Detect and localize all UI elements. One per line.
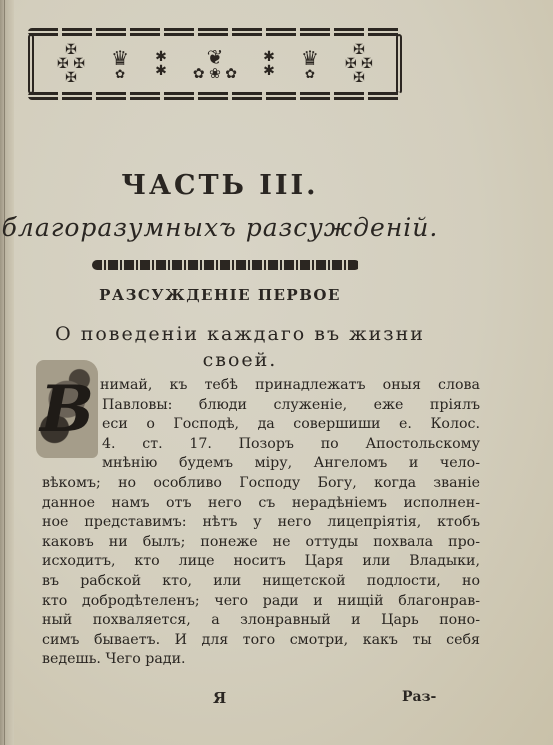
central-monogram-icon: ❦✿ ❀ ✿ xyxy=(193,47,237,81)
headpiece-right-side xyxy=(396,34,402,94)
text-line: вѣкомъ; но особливо Господу Богу, когда … xyxy=(42,474,480,494)
chapter-heading-line-1: О поведеніи каждаго въ жизни xyxy=(55,323,425,345)
asterisk-pair-icon: ✱✱ xyxy=(155,50,167,78)
text-line: еси о Господѣ, да совершиши е. Колос. xyxy=(42,415,480,435)
section-title: РАЗСУЖДЕНІЕ ПЕРВОЕ xyxy=(0,286,440,304)
asterisk-pair-icon: ✱✱ xyxy=(263,50,275,78)
page-edge xyxy=(0,0,14,745)
text-line: кто добродѣтеленъ; чего ради и нищій бла… xyxy=(42,592,480,612)
text-line: нимай, къ тебѣ принадлежатъ оныя слова xyxy=(42,376,480,396)
signature-mark: Я xyxy=(213,689,226,707)
chapter-heading-line-2: своей. xyxy=(203,349,278,371)
text-line: ведешь. Чего ради. xyxy=(42,650,480,670)
part-subtitle: благоразумныхъ разсужденій. xyxy=(0,213,440,242)
text-line: Павловы: блюди служеніе, еже пріялъ xyxy=(42,396,480,416)
ornamental-divider xyxy=(92,260,360,270)
ornamental-headpiece: ✠✠ ✠✠ ♛✿ ✱✱ ❦✿ ❀ ✿ ✱✱ ♛✿ ✠✠ ✠✠ xyxy=(28,28,402,100)
chapter-heading: О поведеніи каждаго въ жизни своей. xyxy=(50,321,430,373)
text-line: 4. ст. 17. Позоръ по Апостольскому xyxy=(42,435,480,455)
catchword: Раз- xyxy=(402,689,436,705)
book-page: ✠✠ ✠✠ ♛✿ ✱✱ ❦✿ ❀ ✿ ✱✱ ♛✿ ✠✠ ✠✠ ЧАСТЬ III… xyxy=(0,0,553,745)
text-line: данное намъ отъ него съ нерадѣніемъ испо… xyxy=(42,494,480,514)
text-line: исходитъ, кто лице носитъ Царя или Влады… xyxy=(42,552,480,572)
headpiece-top-band xyxy=(28,28,402,36)
crown-ornament-icon: ♛✿ xyxy=(111,48,129,80)
text-line: мнѣнію будемъ міру, Ангеломъ и чело- xyxy=(42,454,480,474)
headpiece-left-side xyxy=(28,34,34,94)
text-line: каковъ ни былъ; понеже не оттуды похвала… xyxy=(42,533,480,553)
cross-cluster-icon: ✠✠ ✠✠ xyxy=(345,43,373,85)
text-line: ный похваляется, а злонравный и Царь пон… xyxy=(42,611,480,631)
part-title: ЧАСТЬ III. xyxy=(0,170,440,201)
cross-cluster-icon: ✠✠ ✠✠ xyxy=(57,43,85,85)
body-paragraph: нимай, къ тебѣ принадлежатъ оныя слова П… xyxy=(42,376,480,670)
headpiece-motifs: ✠✠ ✠✠ ♛✿ ✱✱ ❦✿ ❀ ✿ ✱✱ ♛✿ ✠✠ ✠✠ xyxy=(44,40,386,88)
text-line: въ рабской кто, или нищетской подлости, … xyxy=(42,572,480,592)
text-line: симъ бываетъ. И для того смотри, какъ ты… xyxy=(42,631,480,651)
crown-ornament-icon: ♛✿ xyxy=(301,48,319,80)
text-line: ное представимъ: нѣтъ у него лицепріятія… xyxy=(42,513,480,533)
headpiece-bottom-band xyxy=(28,92,402,100)
